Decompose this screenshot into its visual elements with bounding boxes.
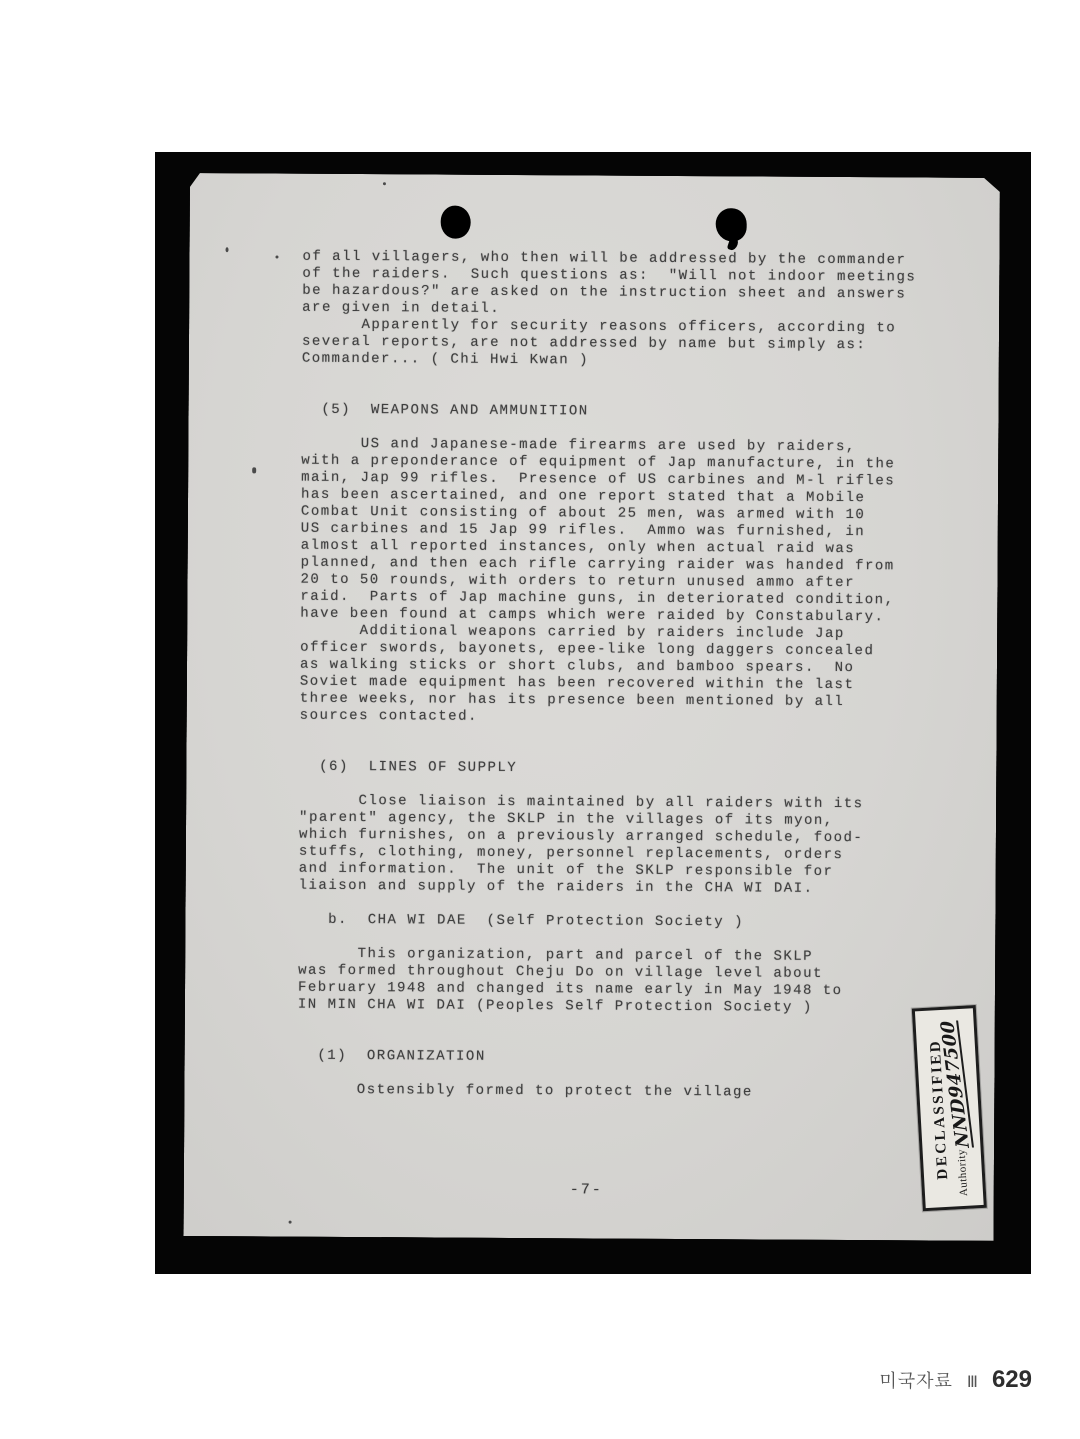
punch-hole-left: [441, 206, 471, 239]
stamp-authority-label: Authority: [956, 1148, 971, 1196]
paper-speck: [289, 1221, 292, 1224]
paper-speck: [383, 182, 386, 185]
footer-volume-numeral: Ⅲ: [967, 1372, 978, 1392]
punch-hole-right: [716, 208, 747, 241]
footer-page-number: 629: [992, 1366, 1032, 1394]
footer-source-label: 미국자료: [879, 1367, 953, 1393]
footer: 미국자료 Ⅲ 629: [879, 1366, 1032, 1394]
paper-speck: [226, 247, 229, 252]
page-number: -7-: [570, 1181, 603, 1198]
paper-speck: [275, 256, 278, 259]
paper-speck: [252, 467, 256, 473]
document-page: of all villagers, who then will be addre…: [184, 173, 1000, 1241]
declassified-stamp-text: DECLASSIFIED Authority NND947500: [916, 1011, 982, 1206]
declassified-stamp: DECLASSIFIED Authority NND947500: [912, 1005, 987, 1211]
typewritten-text: of all villagers, who then will be addre…: [297, 249, 916, 1103]
photo-frame: of all villagers, who then will be addre…: [155, 152, 1031, 1274]
